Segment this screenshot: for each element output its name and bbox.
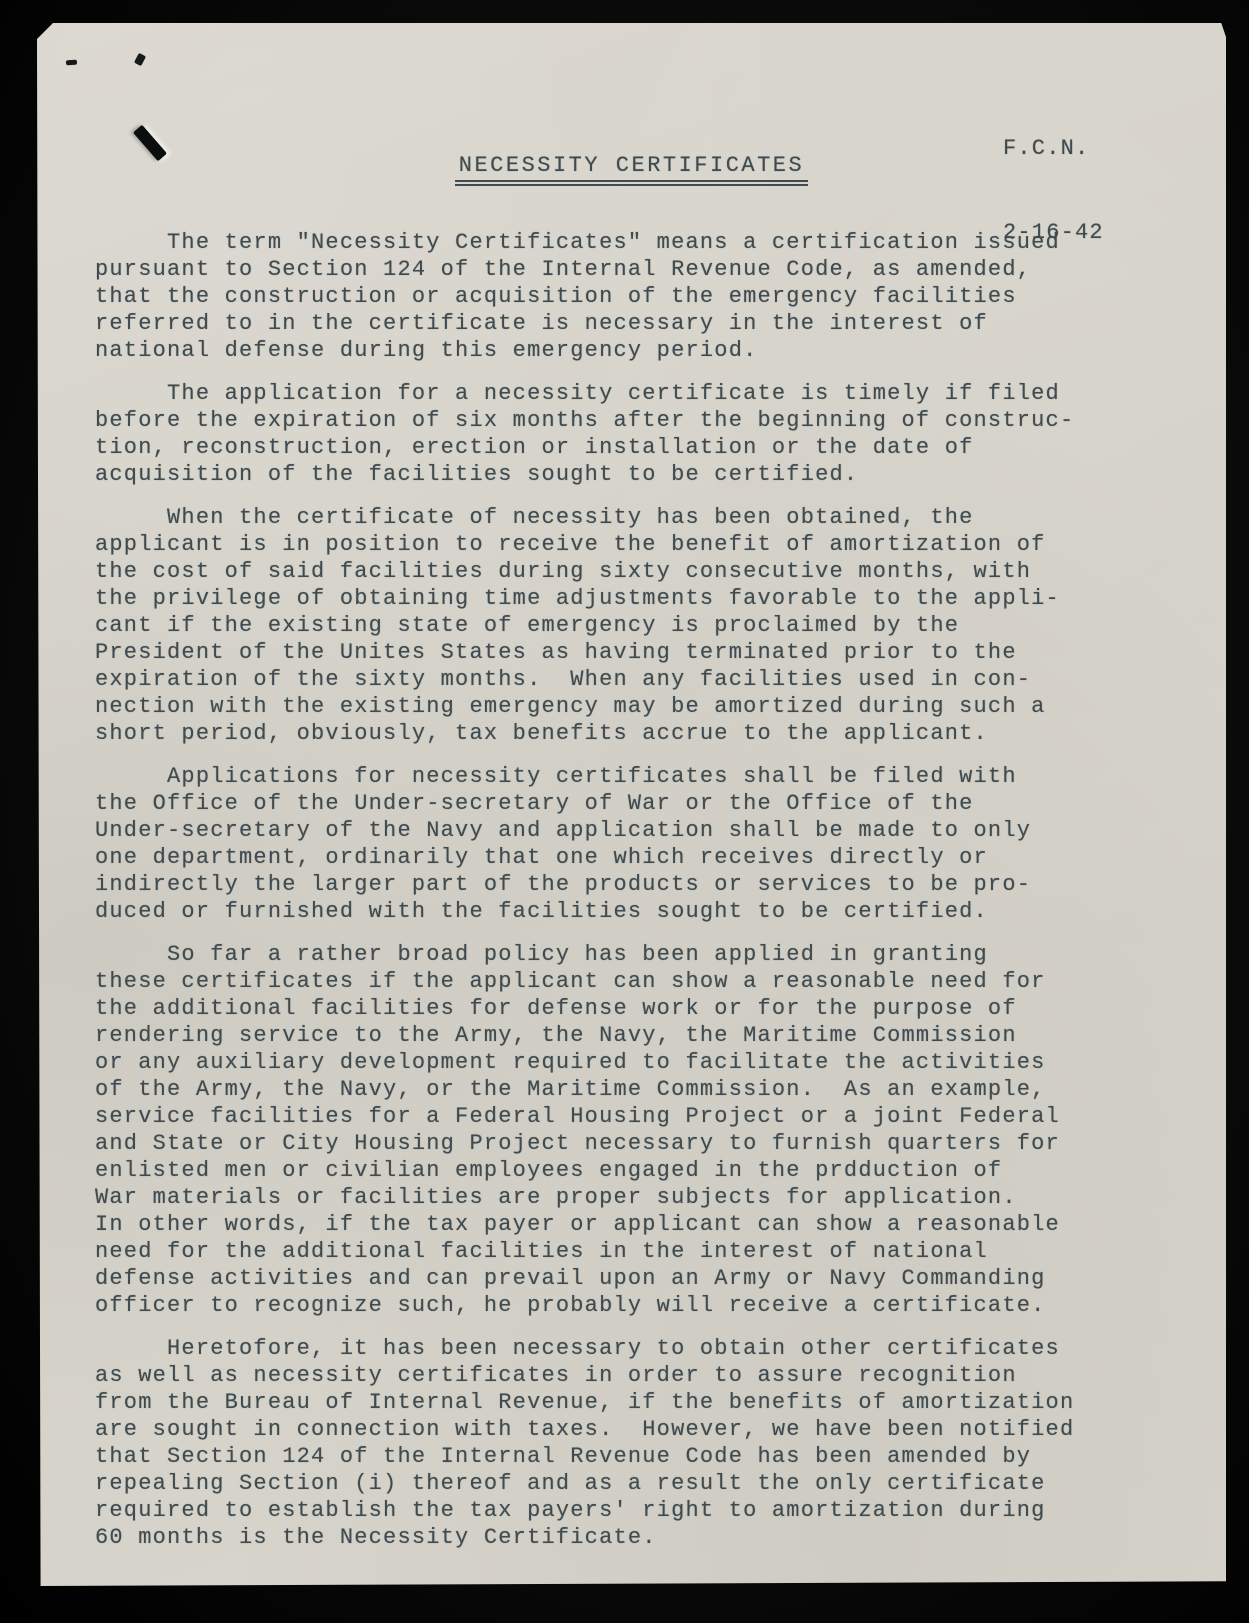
- paragraph-4: Applications for necessity certificates …: [95, 763, 1175, 925]
- paragraph-2: The application for a necessity certific…: [95, 380, 1175, 488]
- ink-speck: [134, 53, 146, 66]
- paragraph-1: The term "Necessity Certificates" means …: [95, 229, 1175, 364]
- title-row: NECESSITY CERTIFICATES: [37, 153, 1226, 186]
- document-title: NECESSITY CERTIFICATES: [455, 153, 808, 186]
- ink-speck: [66, 60, 77, 66]
- document-body: The term "Necessity Certificates" means …: [95, 229, 1175, 1567]
- document-page: F.C.N. 2-16-42 NECESSITY CERTIFICATES Th…: [37, 23, 1226, 1586]
- paragraph-6: Heretofore, it has been necessary to obt…: [95, 1335, 1175, 1551]
- paragraph-5: So far a rather broad policy has been ap…: [95, 941, 1175, 1319]
- photo-background: F.C.N. 2-16-42 NECESSITY CERTIFICATES Th…: [0, 0, 1249, 1623]
- paragraph-3: When the certificate of necessity has be…: [95, 504, 1175, 747]
